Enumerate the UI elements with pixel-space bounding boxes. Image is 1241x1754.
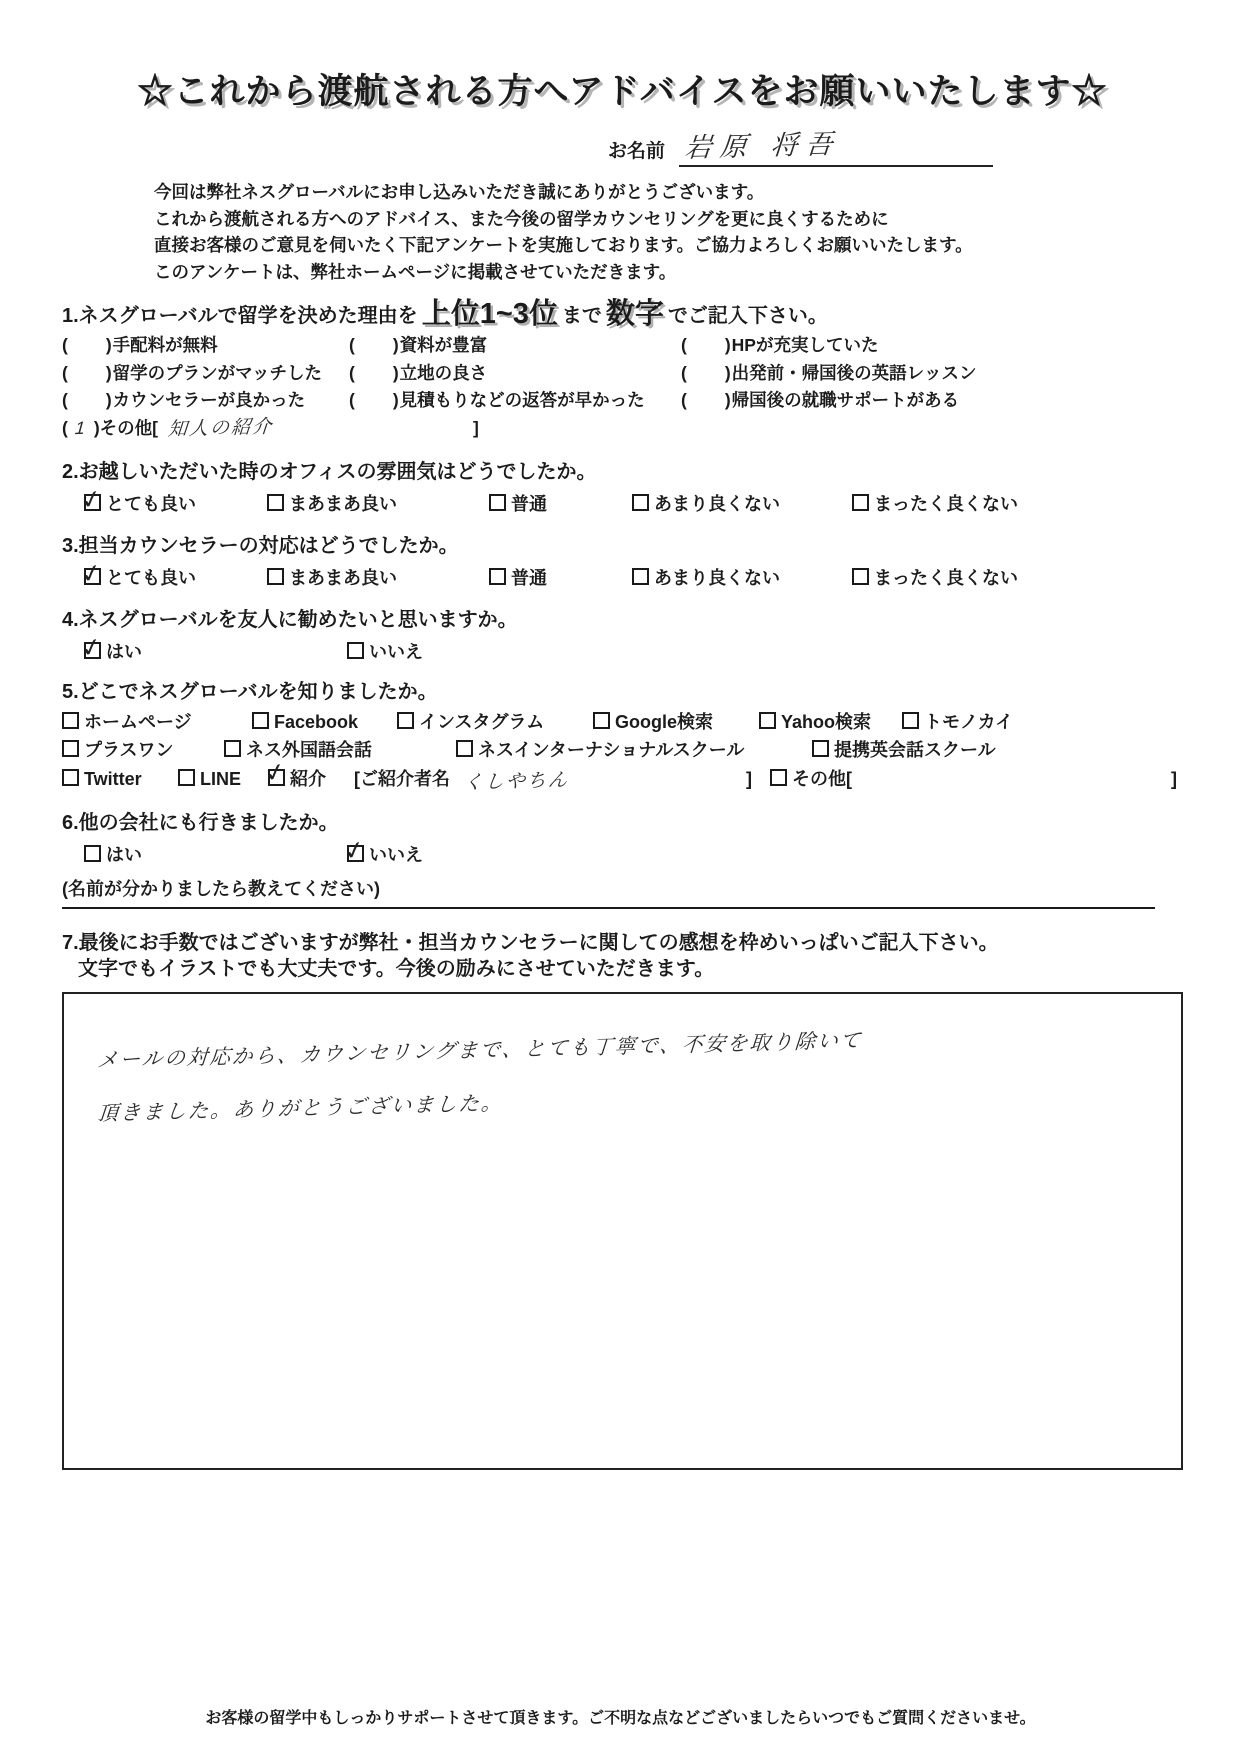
question-4-options: はい いいえ — [62, 638, 1183, 664]
question-2-options: とても良い まあまあ良い 普通 あまり良くない まったく良くない — [62, 490, 1183, 516]
q6-note-with-underline: (名前が分かりましたら教えてください) — [62, 875, 1155, 909]
q2-option: 普通 — [489, 490, 632, 516]
question-3-options: とても良い まあまあ良い 普通 あまり良くない まったく良くない — [62, 564, 1183, 590]
emphasis-rank-range: 上位1~3位 — [418, 299, 562, 329]
checkbox-icon — [852, 568, 869, 585]
q5-option: Twitter — [62, 766, 178, 794]
question-6: 6.他の会社にも行きましたか。 はい いいえ (名前が分かりましたら教えてくださ… — [62, 810, 1183, 909]
q1-other-row: (1)その他[知人の紹介] — [62, 415, 1183, 442]
page-title: ☆これから渡航される方へアドバイスをお願いいたします☆ — [62, 64, 1183, 114]
checkbox-icon — [84, 845, 101, 862]
q5-other-field: その他[ ] — [770, 766, 1183, 794]
question-4-title: 4.ネスグローバルを友人に勧めたいと思いますか。 — [62, 607, 1183, 633]
q7-comment-box: メールの対応から、カウンセリングまで、とても丁寧で、不安を取り除いて 頂きました… — [62, 992, 1183, 1470]
question-5: 5.どこでネスグローバルを知りましたか。 ホームページ Facebook インス… — [62, 679, 1183, 794]
q3-option: あまり良くない — [632, 564, 852, 590]
checkbox-icon — [632, 494, 649, 511]
q5-option: ホームページ — [62, 709, 252, 737]
checkbox-icon — [852, 494, 869, 511]
q1-option: ( )カウンセラーが良かった — [62, 387, 349, 415]
checkbox-icon — [759, 712, 776, 729]
checkbox-icon — [489, 494, 506, 511]
question-1-options: ( )手配料が無料 ( )資料が豊富 ( )HPが充実していた ( )留学のプラ… — [62, 332, 1183, 415]
q2-option: まったく良くない — [852, 490, 1183, 516]
checkbox-icon — [62, 769, 79, 786]
intro-line: 直接お客様のご意見を伺いたく下記アンケートを実施しております。ご協力よろしくお願… — [154, 232, 1183, 259]
q5-option-referral: 紹介 — [268, 766, 354, 794]
checkbox-icon — [268, 769, 285, 786]
q1-other-value-handwritten: 知人の紹介 — [167, 413, 274, 443]
checkbox-icon — [178, 769, 195, 786]
question-5-row1: ホームページ Facebook インスタグラム Google検索 Yahoo検索… — [62, 709, 1183, 737]
q2-option: まあまあ良い — [267, 490, 489, 516]
q1-option: ( )立地の良さ — [349, 360, 681, 388]
q1-other-rank-handwritten: 1 — [67, 414, 95, 442]
q5-option: インスタグラム — [397, 709, 593, 737]
checkbox-icon — [62, 740, 79, 757]
question-1-title: 1.ネスグローバルで留学を決めた理由を上位1~3位まで数字でご記入下さい。 — [62, 299, 1183, 329]
q1-option: ( )留学のプランがマッチした — [62, 360, 349, 388]
checkbox-icon — [267, 494, 284, 511]
checkbox-icon — [812, 740, 829, 757]
emphasis-number: 数字 — [602, 299, 668, 329]
q1-option: ( )資料が豊富 — [349, 332, 681, 360]
q5-option: Yahoo検索 — [759, 709, 902, 737]
checkbox-icon — [593, 712, 610, 729]
q5-option: トモノカイ — [902, 709, 1013, 737]
name-field: 岩原 将吾 — [679, 124, 993, 167]
q5-option: プラスワン — [62, 737, 224, 765]
q6-option-no: いいえ — [347, 841, 610, 867]
checkbox-icon — [489, 568, 506, 585]
q7-comment-handwritten-line2: 頂きました。ありがとうございました。 — [96, 1089, 504, 1130]
checkbox-icon — [770, 769, 787, 786]
question-5-title: 5.どこでネスグローバルを知りましたか。 — [62, 679, 1183, 705]
checkbox-icon — [632, 568, 649, 585]
q5-option: LINE — [178, 766, 268, 794]
q5-option: その他[ — [770, 766, 852, 794]
checkbox-icon — [252, 712, 269, 729]
question-7: 7.最後にお手数ではございますが弊社・担当カウンセラーに関しての感想を枠めいっぱ… — [62, 930, 1183, 1470]
checkbox-icon — [267, 568, 284, 585]
question-2-title: 2.お越しいただいた時のオフィスの雰囲気はどうでしたか。 — [62, 459, 1183, 485]
q2-option: とても良い — [84, 490, 267, 516]
q1-option: ( )見積もりなどの返答が早かった — [349, 387, 681, 415]
question-4: 4.ネスグローバルを友人に勧めたいと思いますか。 はい いいえ — [62, 607, 1183, 664]
q3-option: 普通 — [489, 564, 632, 590]
question-6-options: はい いいえ — [62, 841, 1183, 867]
q7-comment-handwritten-line1: メールの対応から、カウンセリングまで、とても丁寧で、不安を取り除いて — [96, 1026, 864, 1076]
question-5-row2: プラスワン ネス外国語会話 ネスインターナショナルスクール 提携英会話スクール — [62, 737, 1183, 765]
question-1: 1.ネスグローバルで留学を決めた理由を上位1~3位まで数字でご記入下さい。 ( … — [62, 299, 1183, 442]
question-3: 3.担当カウンセラーの対応はどうでしたか。 とても良い まあまあ良い 普通 あま… — [62, 533, 1183, 590]
intro-line: これから渡航される方へのアドバイス、また今後の留学カウンセリングを更に良くするた… — [154, 206, 1183, 233]
checkbox-icon — [224, 740, 241, 757]
question-7-title-line2: 文字でもイラストでも大丈夫です。今後の励みにさせていただきます。 — [62, 956, 1183, 982]
q5-option: ネスインターナショナルスクール — [456, 737, 812, 765]
checkbox-icon — [347, 642, 364, 659]
question-7-title-line1: 7.最後にお手数ではございますが弊社・担当カウンセラーに関しての感想を枠めいっぱ… — [62, 930, 1183, 956]
intro-line: 今回は弊社ネスグローバルにお申し込みいただき誠にありがとうございます。 — [154, 179, 1183, 206]
q3-option: まあまあ良い — [267, 564, 489, 590]
checkbox-icon — [84, 642, 101, 659]
q5-option: Google検索 — [593, 709, 759, 737]
checkbox-icon — [456, 740, 473, 757]
q5-option: ネス外国語会話 — [224, 737, 456, 765]
question-6-title: 6.他の会社にも行きましたか。 — [62, 810, 1183, 836]
question-5-row3: Twitter LINE 紹介 [ご紹介者名 くしやちん ] その他[ ] — [62, 766, 1183, 794]
checkbox-icon — [902, 712, 919, 729]
question-2: 2.お越しいただいた時のオフィスの雰囲気はどうでしたか。 とても良い まあまあ良… — [62, 459, 1183, 516]
q5-option: 提携英会話スクール — [812, 737, 996, 765]
q5-referrer-handwritten: くしやちん — [463, 762, 748, 797]
q5-referrer-field: [ご紹介者名 くしやちん ] — [354, 766, 752, 794]
q1-option: ( )HPが充実していた — [681, 332, 1183, 360]
q2-option: あまり良くない — [632, 490, 852, 516]
q1-option: ( )手配料が無料 — [62, 332, 349, 360]
q1-option: ( )帰国後の就職サポートがある — [681, 387, 1183, 415]
question-3-title: 3.担当カウンセラーの対応はどうでしたか。 — [62, 533, 1183, 559]
footer-note: お客様の留学中もしっかりサポートさせて頂きます。ご不明な点などございましたらいつ… — [0, 1705, 1241, 1728]
q5-option: Facebook — [252, 709, 397, 737]
checkbox-icon — [397, 712, 414, 729]
intro-paragraph: 今回は弊社ネスグローバルにお申し込みいただき誠にありがとうございます。 これから… — [154, 179, 1183, 285]
q4-option-yes: はい — [84, 638, 347, 664]
q6-option-yes: はい — [84, 841, 347, 867]
name-label: お名前 — [608, 136, 665, 167]
checkbox-icon — [84, 494, 101, 511]
checkbox-icon — [347, 845, 364, 862]
q3-option: まったく良くない — [852, 564, 1183, 590]
q3-option: とても良い — [84, 564, 267, 590]
name-handwritten-value: 岩原 将吾 — [683, 122, 842, 167]
q1-option: ( )出発前・帰国後の英語レッスン — [681, 360, 1183, 388]
name-row: お名前 岩原 将吾 — [62, 124, 1183, 167]
q4-option-no: いいえ — [347, 638, 610, 664]
checkbox-icon — [84, 568, 101, 585]
checkbox-icon — [62, 712, 79, 729]
survey-page: ☆これから渡航される方へアドバイスをお願いいたします☆ お名前 岩原 将吾 今回… — [0, 0, 1241, 1754]
intro-line: このアンケートは、弊社ホームページに掲載させていただきます。 — [154, 259, 1183, 286]
